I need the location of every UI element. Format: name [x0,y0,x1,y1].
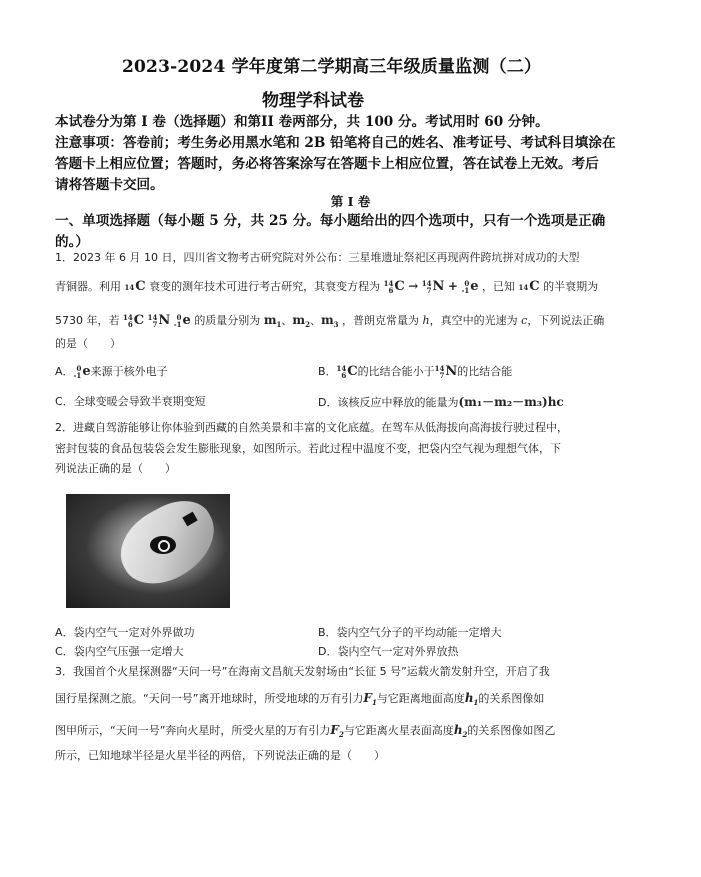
q3-line-4: 所示，已知地球半径是火星半径的两倍，下列说法正确的是（ ） [55,748,385,764]
q3-line-2: 国行星探测之旅。“天问一号”离开地球时，所受地球的万有引力F1与它距离地面高度h… [55,690,544,711]
arrow-icon: → [408,279,418,293]
q1-text: ，普朗克常量为 [342,314,419,327]
q1-text: ，下列说法正确 [527,314,604,327]
mass-m3: m3 [321,313,339,327]
energy-formula: (m₁－m₂－m₃)hc [458,395,563,409]
section-heading-line-2: 的。） [55,232,89,252]
q1-option-b[interactable]: B．146C的比结合能小于147N的比结合能 [318,364,512,380]
q1-text: 衰变的测年技术可进行考古研究，其衰变方程为 [149,280,380,293]
force-f1: F1 [363,691,376,705]
nitrogen-symbol: N [158,313,170,329]
q2-option-a[interactable]: A．袋内空气一定对外界做功 [55,625,195,641]
q1-text: 的半衰期为 [543,280,598,293]
carbon-symbol: C [134,313,144,329]
q3-line-3: 图甲所示，“天问一号”奔向火星时，所受火星的万有引力F2与它距离火星表面高度h2… [55,722,555,743]
isotope-c14-index: 146 [384,280,394,294]
instructions-line-1: 本试卷分为第 I 卷（选择题）和第II 卷两部分，共 100 分。考试用时 60… [55,112,549,132]
carbon-symbol: C [529,279,539,295]
exam-title: 2023-2024 学年度第二学期高三年级质量监测（二） [122,52,701,77]
planck-constant: h [423,314,430,327]
isotope-c14-index: 146 [123,314,133,328]
nitrogen-symbol: N [445,364,457,380]
q1-text: 5730 年，若 [55,314,120,327]
electron-index: 0-1 [74,365,82,379]
q1-option-c[interactable]: C．全球变暖会导致半衰期变短 [55,394,206,410]
q1-text: ，已知 [482,280,515,293]
q1-text: 的质量分别为 [194,314,260,327]
force-f2: F2 [330,723,343,737]
isotope-c14-index: 146 [337,365,347,379]
isotope-n14-index: 147 [435,365,445,379]
carbon-symbol: C [135,279,145,295]
mass-m2: m2 [292,313,310,327]
nitrogen-symbol: N [433,279,445,295]
q1-line-1: 1．2023 年 6 月 10 日，四川省文物考古研究院对外公布：三星堆遗址祭祀… [55,250,579,266]
electron-index: 0-1 [174,314,182,328]
q2-option-c[interactable]: C．袋内空气压强一定增大 [55,644,184,660]
electron-symbol: e [470,279,478,295]
electron-symbol: e [183,313,191,329]
carbon-symbol: C [394,279,404,295]
q1-text: 青铜器。利用 [55,280,121,293]
mass-m1: m1 [264,313,282,327]
isotope-n14-index: 147 [148,314,158,328]
q1-option-d[interactable]: D．该核反应中释放的能量为(m₁－m₂－m₃)hc [318,394,564,411]
q1-line-3: 5730 年，若 146C 147N 0-1e 的质量分别为 m1、m2、m3 … [55,312,604,333]
electron-symbol: e [82,364,90,380]
section-heading-line-1: 一、单项选择题（每小题 5 分，共 25 分。每小题给出的四个选项中，只有一个选… [55,211,605,231]
isotope-n14-index: 147 [422,280,432,294]
height-h2: h2 [454,723,468,737]
q2-line-1: 2．进藏自驾游能够让你体验到西藏的自然美景和丰富的文化底蕴。在驾车从低海拔向高海… [55,420,568,436]
exam-page: 2023-2024 学年度第二学期高三年级质量监测（二） 物理学科试卷 本试卷分… [0,0,701,877]
q1-line-2: 青铜器。利用 14C 衰变的测年技术可进行考古研究，其衰变方程为 146C → … [55,278,598,295]
q1-line-4: 的是（ ） [55,336,121,352]
q2-option-d[interactable]: D．袋内空气一定对外界放热 [318,644,458,660]
isotope-c14-index: 14 [125,284,135,291]
height-h1: h1 [465,691,479,705]
section-title: 第 I 卷 [0,192,701,212]
q2-line-3: 列说法正确的是（ ） [55,461,176,477]
instructions-line-3: 答题卡上相应位置；答题时，务必将答案涂写在答题卡上相应位置，答在试卷上无效。考后 [55,154,599,174]
carbon-symbol: C [347,364,357,380]
q3-line-1: 3．我国首个火星探测器“天问一号”在海南文昌航天发射场由“长征 5 号”运载火箭… [55,664,550,680]
plus-sign: + [448,279,458,293]
q1-text: ，真空中的光速为 [430,314,518,327]
sealed-food-bag-photo [66,494,230,608]
q1-option-a[interactable]: A．0-1e来源于核外电子 [55,364,168,380]
q2-option-b[interactable]: B．袋内空气分子的平均动能一定增大 [318,625,502,641]
electron-index: 0-1 [461,280,469,294]
isotope-c14-index: 14 [519,284,529,291]
exam-subtitle: 物理学科试卷 [262,86,701,111]
q2-line-2: 密封包装的食品包装袋会发生膨胀现象，如图所示。若此过程中温度不变，把袋内空气视为… [55,441,561,457]
instructions-line-2: 注意事项：答卷前；考生务必用黑水笔和 2B 铅笔将自己的姓名、准考证号、考试科目… [55,133,616,153]
